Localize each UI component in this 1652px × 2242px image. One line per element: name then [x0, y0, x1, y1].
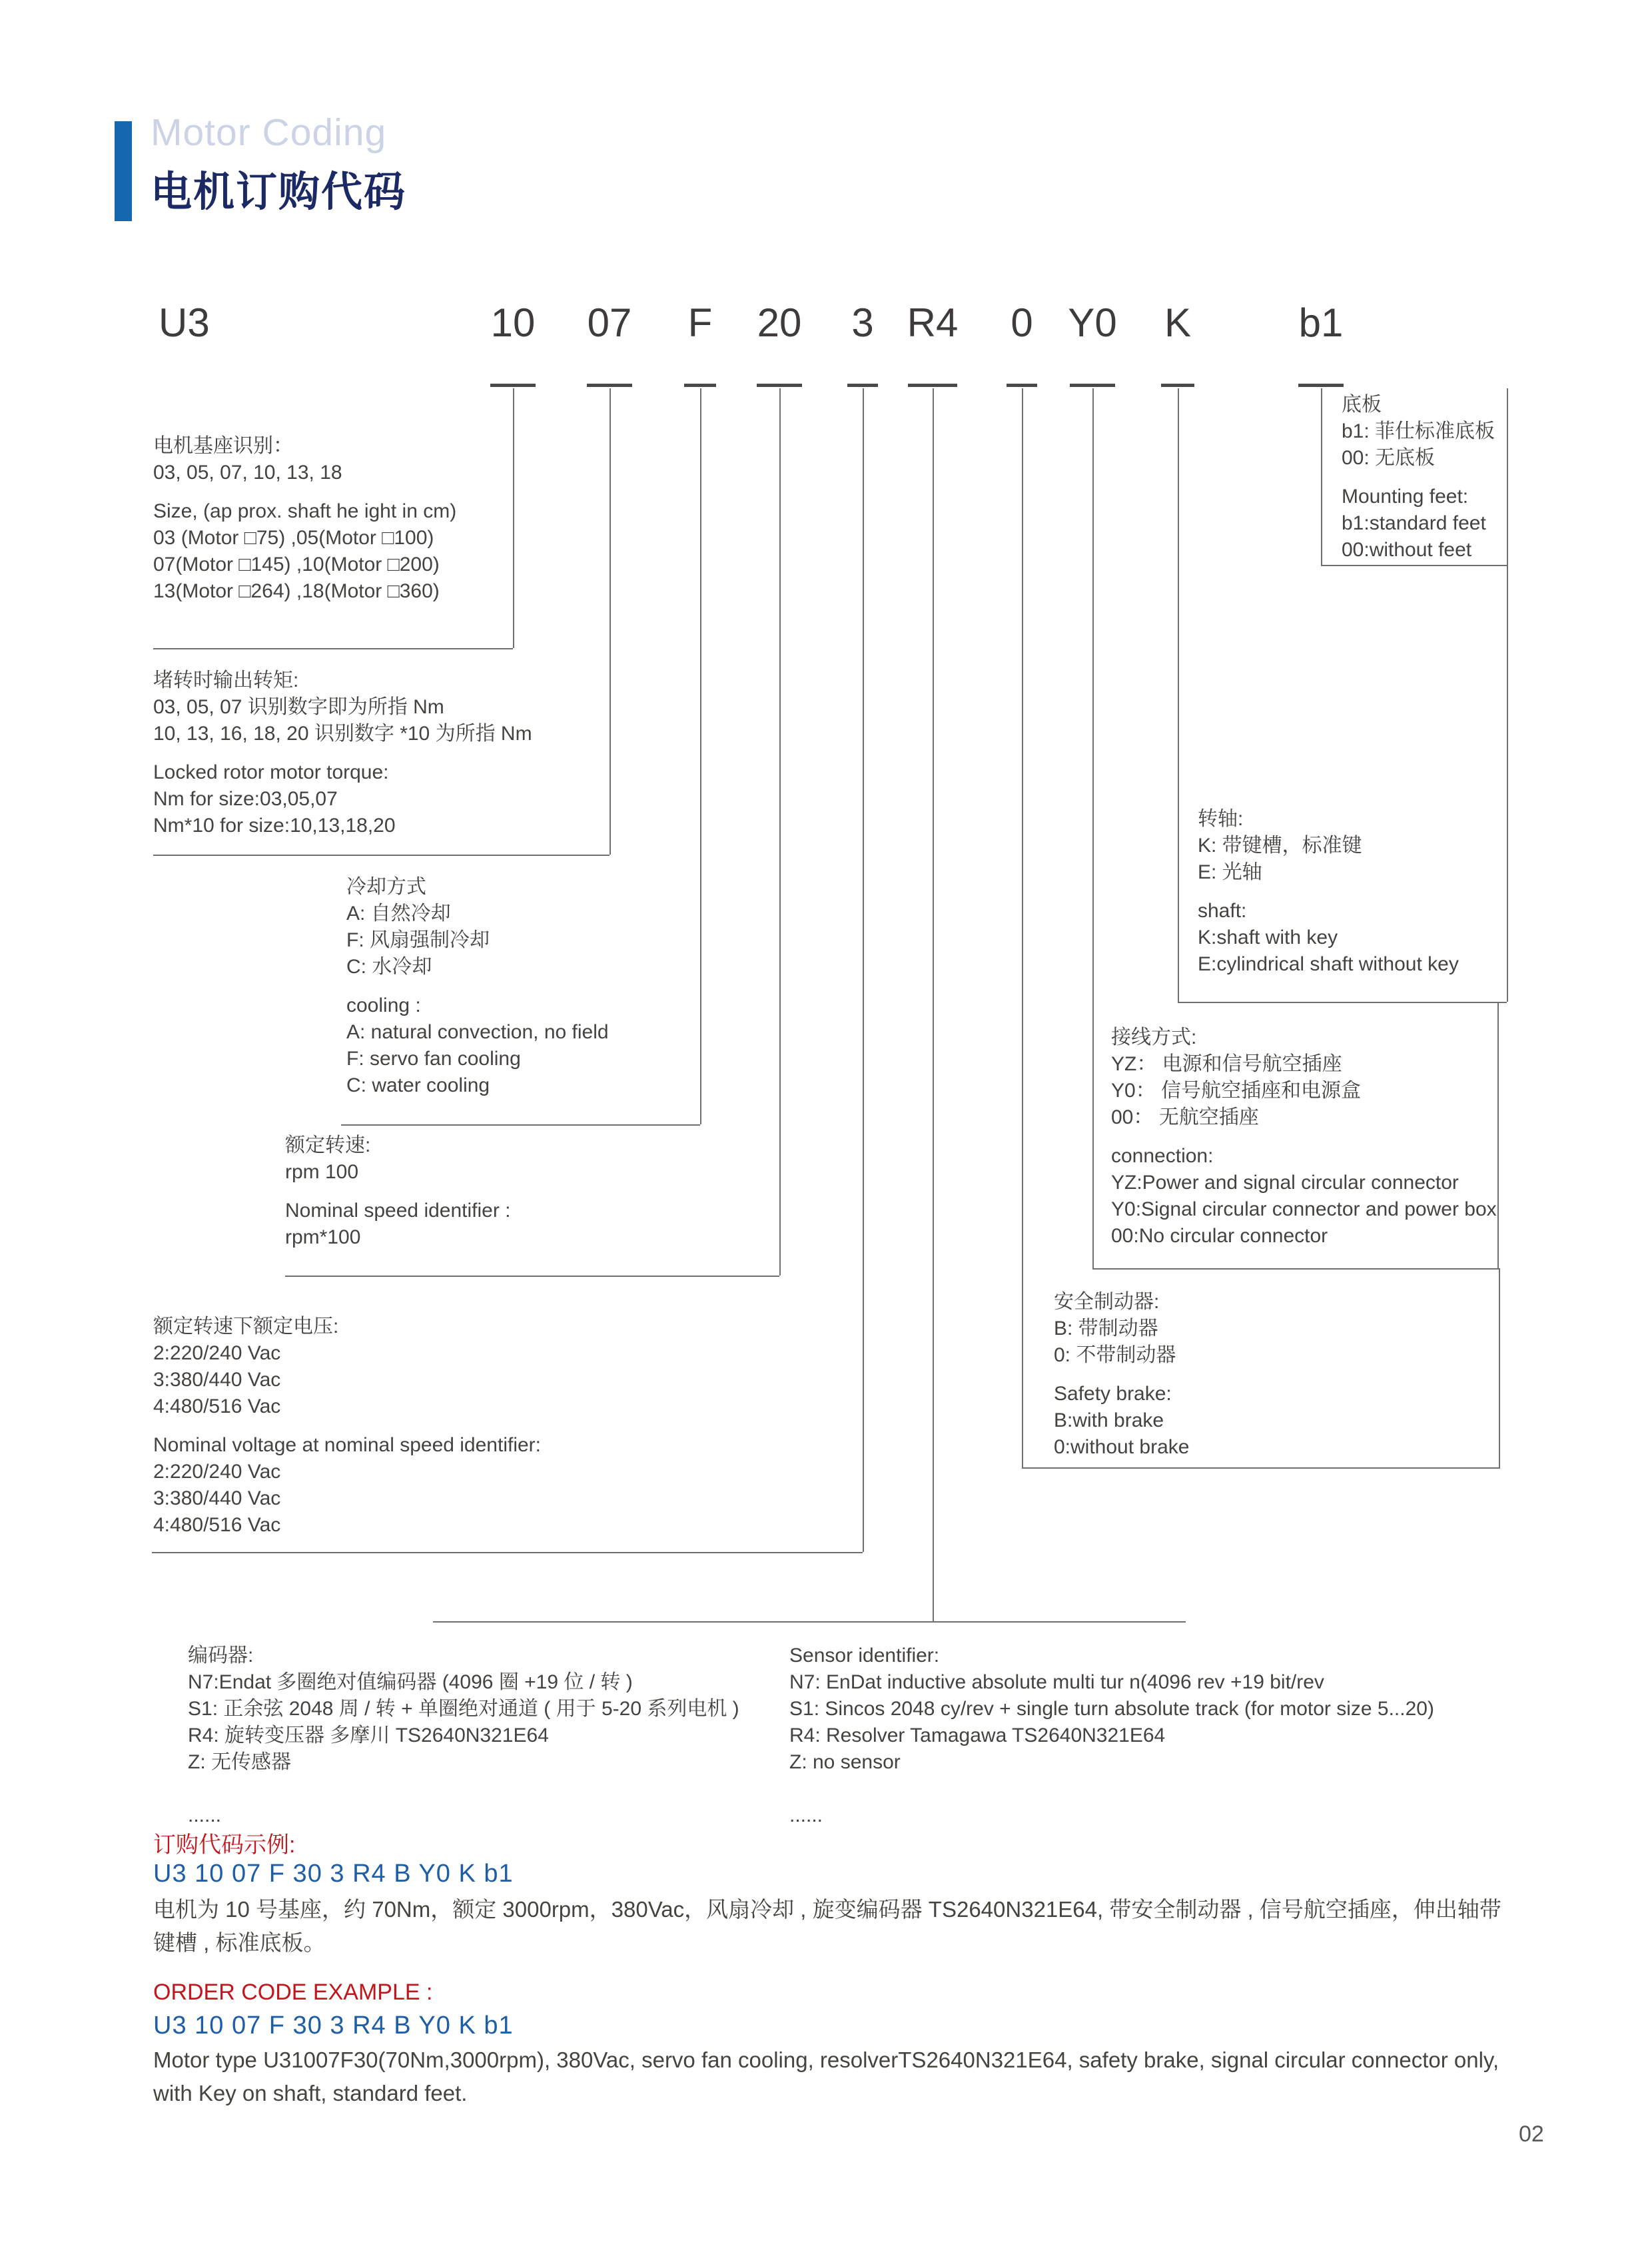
code-segment-k: K	[1164, 300, 1191, 346]
border-shaft-bottom	[1178, 1002, 1507, 1003]
block-cooling-cn: 冷却方式 A: 自然冷却 F: 风扇强制冷却 C: 水冷却	[346, 874, 609, 980]
block-connection: 接线方式: YZ： 电源和信号航空插座 Y0： 信号航空插座和电源盒 00： 无…	[1111, 1024, 1497, 1250]
block-torque-en: Locked rotor motor torque: Nm for size:0…	[153, 759, 532, 839]
block-feet-en: Mounting feet: b1:standard feet 00:witho…	[1342, 484, 1495, 563]
border-encoder-top	[433, 1621, 1186, 1623]
example-code-cn: U3 10 07 F 30 3 R4 B Y0 K b1	[153, 1860, 514, 1888]
block-voltage-cn: 额定转速下额定电压: 2:220/240 Vac 3:380/440 Vac 4…	[153, 1313, 541, 1420]
example-text-en: Motor type U31007F30(70Nm,3000rpm), 380V…	[153, 2044, 1512, 2110]
code-segment-3: 3	[851, 300, 873, 346]
block-shaft-en: shaft: K:shaft with key E:cylindrical sh…	[1198, 898, 1459, 978]
block-speed-cn: 额定转速: rpm 100	[285, 1132, 511, 1186]
block-encoder-cn: 编码器: N7:Endat 多圈绝对值编码器 (4096 圈 +19 位 / 转…	[188, 1643, 739, 1829]
connector-v-b1	[1321, 388, 1322, 565]
border-connection-bottom	[1092, 1268, 1499, 1270]
border-cooling-bottom	[341, 1124, 700, 1126]
underline-3	[847, 384, 878, 387]
code-segment-f: F	[688, 300, 713, 346]
block-motor-base-en: Size, (ap prox. shaft he ight in cm) 03 …	[153, 498, 456, 605]
underline-r4	[908, 384, 957, 387]
block-brake-cn: 安全制动器: B: 带制动器 0: 不带制动器	[1054, 1289, 1189, 1369]
connector-v-r4	[933, 388, 934, 1621]
border-shaft-right	[1507, 565, 1508, 1002]
example-code-en: U3 10 07 F 30 3 R4 B Y0 K b1	[153, 2012, 514, 2040]
code-segment-r4: R4	[907, 300, 959, 346]
connector-v-3	[863, 388, 864, 1552]
block-brake-en: Safety brake: B:with brake 0:without bra…	[1054, 1381, 1189, 1461]
block-connection-cn: 接线方式: YZ： 电源和信号航空插座 Y0： 信号航空插座和电源盒 00： 无…	[1111, 1024, 1497, 1131]
connector-v-f	[700, 388, 701, 1124]
block-brake: 安全制动器: B: 带制动器 0: 不带制动器 Safety brake: B:…	[1054, 1289, 1189, 1461]
connector-v-y0	[1092, 388, 1094, 1268]
underline-10	[490, 384, 536, 387]
block-motor-base: 电机基座识别： 03, 05, 07, 10, 13, 18 Size, (ap…	[153, 433, 456, 605]
underline-f	[684, 384, 716, 387]
catalog-page: Motor Coding 电机订购代码 U3 10 07 F 20 3 R4 0…	[0, 0, 1652, 2242]
code-segment-20: 20	[757, 300, 802, 346]
page-title-cn: 电机订购代码	[151, 159, 406, 218]
block-encoder-en: Sensor identifier: N7: EnDat inductive a…	[789, 1643, 1434, 1829]
block-encoder-cn-text: 编码器: N7:Endat 多圈绝对值编码器 (4096 圈 +19 位 / 转…	[188, 1643, 739, 1829]
block-torque: 堵转时输出转矩: 03, 05, 07 识别数字即为所指 Nm 10, 13, …	[153, 667, 532, 839]
block-motor-base-cn: 电机基座识别： 03, 05, 07, 10, 13, 18	[153, 433, 456, 486]
underline-b1	[1298, 384, 1344, 387]
block-speed: 额定转速: rpm 100 Nominal speed identifier :…	[285, 1132, 511, 1251]
code-segment-y0: Y0	[1068, 300, 1116, 346]
border-speed-bottom	[285, 1276, 779, 1277]
code-segment-10: 10	[491, 300, 536, 346]
underline-20	[757, 384, 802, 387]
border-brake-right	[1499, 1268, 1500, 1467]
code-segment-b1: b1	[1299, 300, 1344, 346]
example-heading-en: ORDER CODE EXAMPLE :	[153, 1980, 432, 2006]
border-feet-bottom	[1321, 565, 1507, 566]
connector-v-07	[610, 388, 611, 855]
page-number: 02	[1519, 2121, 1544, 2147]
border-base-bottom	[153, 648, 513, 649]
block-shaft: 转轴: K: 带键槽，标准键 E: 光轴 shaft: K:shaft with…	[1198, 806, 1459, 978]
connector-v-k	[1178, 388, 1179, 1002]
code-segment-0: 0	[1011, 300, 1032, 346]
block-cooling: 冷却方式 A: 自然冷却 F: 风扇强制冷却 C: 水冷却 cooling : …	[346, 874, 609, 1099]
connector-v-10	[513, 388, 514, 648]
block-feet: 底板 b1: 菲仕标准底板 00: 无底板 Mounting feet: b1:…	[1342, 392, 1495, 563]
underline-k	[1161, 384, 1194, 387]
block-torque-cn: 堵转时输出转矩: 03, 05, 07 识别数字即为所指 Nm 10, 13, …	[153, 667, 532, 747]
connector-v-0	[1022, 388, 1023, 1467]
block-shaft-cn: 转轴: K: 带键槽，标准键 E: 光轴	[1198, 806, 1459, 886]
block-voltage-en: Nominal voltage at nominal speed identif…	[153, 1432, 541, 1539]
border-connection-right	[1497, 1002, 1499, 1268]
block-feet-cn: 底板 b1: 菲仕标准底板 00: 无底板	[1342, 392, 1495, 472]
page-title-en: Motor Coding	[151, 111, 386, 155]
underline-07	[587, 384, 632, 387]
example-heading-cn: 订购代码示例:	[153, 1826, 295, 1859]
example-text-cn: 电机为 10 号基座，约 70Nm，额定 3000rpm，380Vac，风扇冷却…	[153, 1893, 1512, 1960]
connector-v-20	[779, 388, 781, 1276]
border-feet-right	[1507, 388, 1508, 565]
code-segment-07: 07	[588, 300, 632, 346]
code-segment-u3: U3	[159, 300, 210, 346]
block-cooling-en: cooling : A: natural convection, no fiel…	[346, 992, 609, 1099]
block-voltage: 额定转速下额定电压: 2:220/240 Vac 3:380/440 Vac 4…	[153, 1313, 541, 1539]
underline-y0	[1070, 384, 1115, 387]
title-accent-bar	[115, 121, 132, 221]
block-speed-en: Nominal speed identifier : rpm*100	[285, 1198, 511, 1251]
block-encoder-en-text: Sensor identifier: N7: EnDat inductive a…	[789, 1643, 1434, 1829]
border-brake-bottom	[1022, 1467, 1500, 1469]
underline-0	[1007, 384, 1037, 387]
border-torque-bottom	[153, 855, 610, 856]
border-voltage-bottom	[152, 1552, 863, 1553]
block-connection-en: connection: YZ:Power and signal circular…	[1111, 1143, 1497, 1250]
